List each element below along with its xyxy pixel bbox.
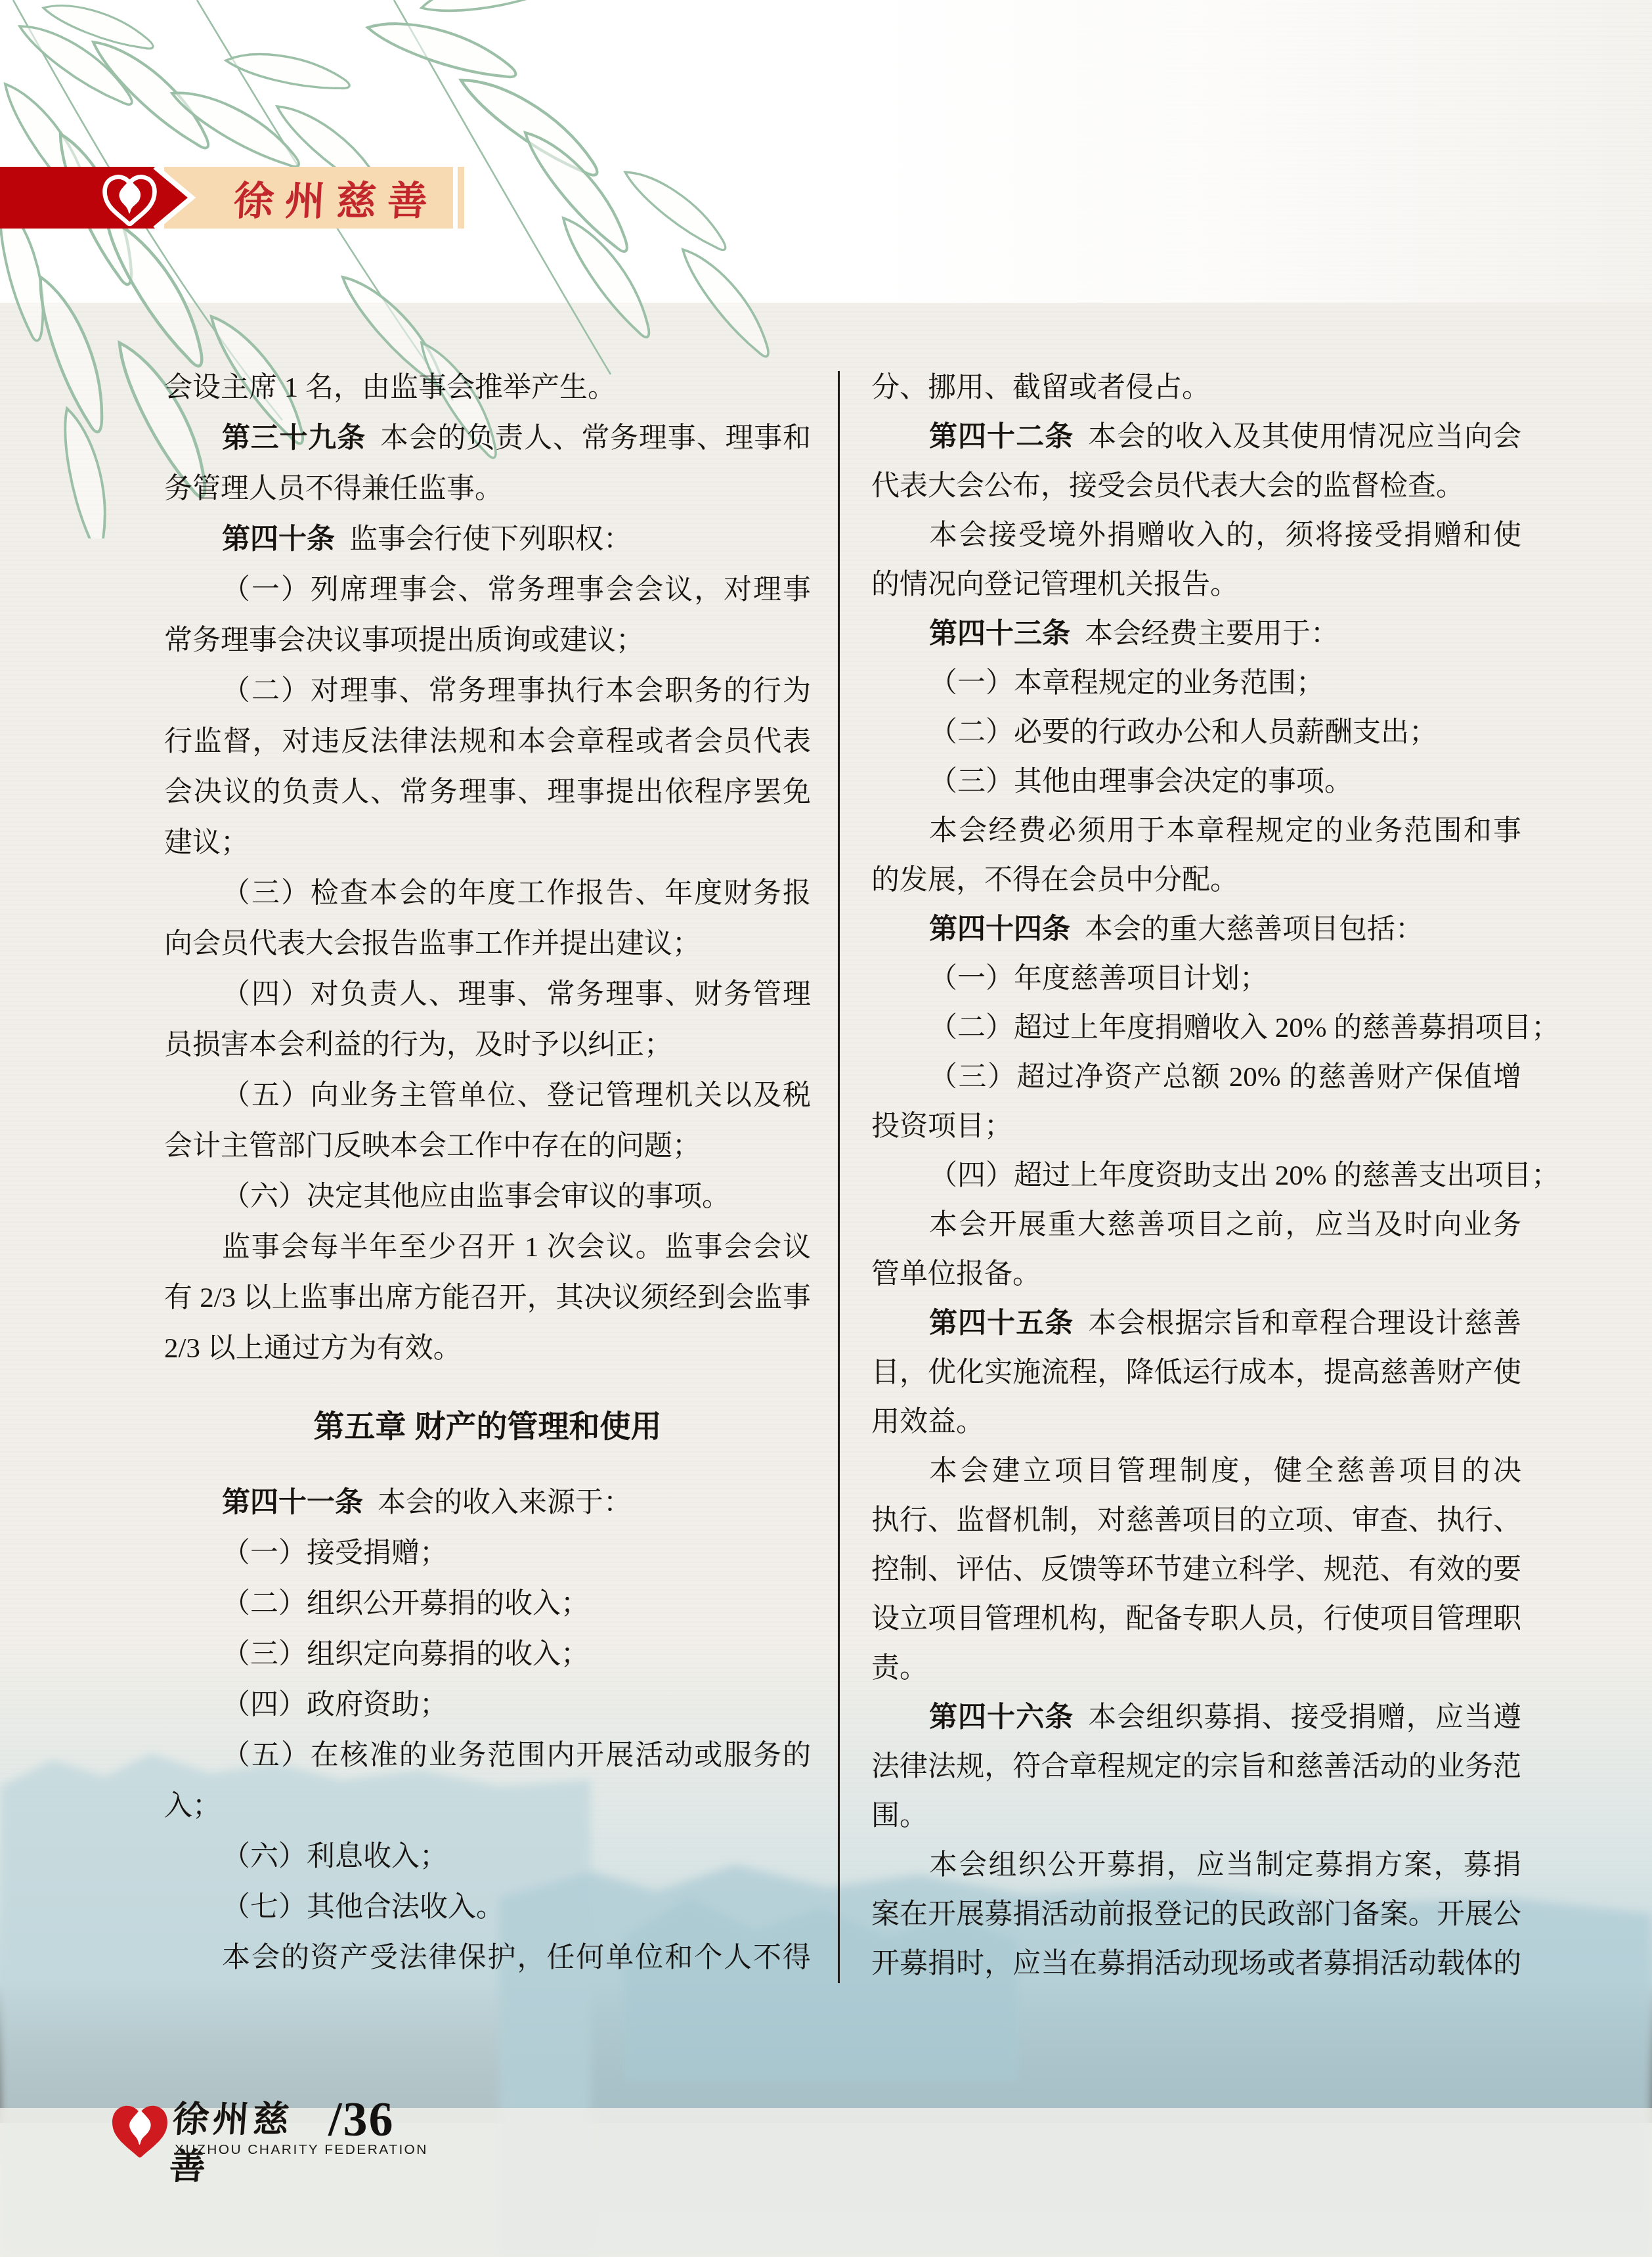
text-line: 第四十六条本会组织募捐、接受捐赠，应当遵守	[871, 1693, 1521, 1742]
text-line: 监事会每半年至少召开 1 次会议。监事会会议须	[164, 1222, 811, 1273]
text-line: 投资项目；	[871, 1102, 1521, 1151]
text-line: （五）向业务主管单位、登记管理机关以及税务、	[164, 1070, 811, 1121]
footer-brand-cn: 徐州慈善	[171, 2096, 332, 2143]
article-number-label: 第四十二条	[929, 421, 1074, 452]
text-line: 本会组织公开募捐，应当制定募捐方案，募捐方	[871, 1841, 1521, 1890]
text-line: （三）超过净资产总额 20% 的慈善财产保值增值	[871, 1053, 1521, 1102]
text-line: 责。	[871, 1644, 1521, 1693]
text-line: 的情况向登记管理机关报告。	[871, 560, 1521, 609]
text-line: （一）接受捐赠；	[164, 1528, 811, 1579]
article-number-label: 第四十三条	[929, 618, 1070, 649]
text-line: 围。	[871, 1791, 1521, 1841]
text-line: 行监督，对违反法律法规和本会章程或者会员代表大	[164, 716, 811, 767]
text-line: （一）本章程规定的业务范围；	[871, 659, 1521, 708]
text-line: 第三十九条本会的负责人、常务理事、理事和财	[164, 413, 811, 464]
banner-peach-tab	[458, 167, 464, 229]
text-line: 会计主管部门反映本会工作中存在的问题；	[164, 1121, 811, 1172]
text-line: 建议；	[164, 818, 811, 868]
text-line: 第四十三条本会经费主要用于：	[871, 609, 1521, 659]
text-line: 本会建立项目管理制度，健全慈善项目的决策、	[871, 1447, 1521, 1496]
text-line: 的发展，不得在会员中分配。	[871, 856, 1521, 905]
text-line: （二）对理事、常务理事执行本会职务的行为进	[164, 666, 811, 716]
text-line: 入；	[164, 1781, 811, 1831]
article-number-label: 第四十四条	[929, 913, 1070, 945]
text-line: （二）必要的行政办公和人员薪酬支出；	[871, 708, 1521, 757]
text-line: 案在开展募捐活动前报登记的民政部门备案。开展公	[871, 1890, 1521, 1939]
left-column: 会设主席 1 名，由监事会推举产生。第三十九条本会的负责人、常务理事、理事和财务…	[164, 362, 811, 1983]
text-line: （二）组织公开募捐的收入；	[164, 1579, 811, 1629]
text-line: 员损害本会利益的行为，及时予以纠正；	[164, 1020, 811, 1070]
text-line: （二）超过上年度捐赠收入 20% 的慈善募捐项目；	[871, 1003, 1521, 1053]
footer-heart-flame-icon	[107, 2096, 173, 2164]
text-line: （三）检查本会的年度工作报告、年度财务报告，	[164, 868, 811, 919]
text-line: 本会的资产受法律保护，任何单位和个人不得私	[164, 1933, 811, 1983]
article-number-label: 第四十六条	[929, 1701, 1074, 1733]
article-number-label: 第四十一条	[222, 1487, 363, 1518]
text-line: 第四十五条本会根据宗旨和章程合理设计慈善项	[871, 1299, 1521, 1348]
brand-banner-title: 徐州慈善	[207, 167, 455, 229]
text-line: 第四十一条本会的收入来源于：	[164, 1478, 811, 1528]
text-line: 2/3 以上通过方为有效。	[164, 1323, 811, 1374]
text-line: 法律法规，符合章程规定的宗旨和慈善活动的业务范	[871, 1742, 1521, 1791]
text-line: （七）其他合法收入。	[164, 1882, 811, 1933]
text-line: 有 2/3 以上监事出席方能召开，其决议须经到会监事	[164, 1273, 811, 1323]
right-column: 分、挪用、截留或者侵占。第四十二条本会的收入及其使用情况应当向会员代表大会公布，…	[871, 363, 1521, 1988]
text-line: 开募捐时，应当在募捐活动现场或者募捐活动载体的	[871, 1939, 1521, 1988]
text-line: 分、挪用、截留或者侵占。	[871, 363, 1521, 412]
text-line: 管单位报备。	[871, 1250, 1521, 1299]
text-line: （一）列席理事会、常务理事会会议，对理事会、	[164, 565, 811, 615]
text-line: 会设主席 1 名，由监事会推举产生。	[164, 362, 811, 413]
page: { "page": {"width": 2516, "height": 3437…	[0, 0, 1652, 2257]
page-number: /36	[328, 2092, 395, 2147]
text-line: 目，优化实施流程，降低运行成本，提高慈善财产使	[871, 1348, 1521, 1397]
text-line: 控制、评估、反馈等环节建立科学、规范、有效的要求，	[871, 1545, 1521, 1594]
text-line: 代表大会公布，接受会员代表大会的监督检查。	[871, 462, 1521, 511]
text-line: 设立项目管理机构，配备专职人员，行使项目管理职	[871, 1594, 1521, 1644]
text-line: 会决议的负责人、常务理事、理事提出依程序罢免的	[164, 767, 811, 818]
text-line: （四）超过上年度资助支出 20% 的慈善支出项目；	[871, 1151, 1521, 1200]
text-line: 向会员代表大会报告监事工作并提出建议；	[164, 919, 811, 969]
text-line: （三）其他由理事会决定的事项。	[871, 757, 1521, 806]
text-line: 本会接受境外捐赠收入的，须将接受捐赠和使用	[871, 511, 1521, 560]
text-line: 用效益。	[871, 1397, 1521, 1447]
article-number-label: 第四十条	[222, 523, 335, 555]
text-line: （六）决定其他应由监事会审议的事项。	[164, 1172, 811, 1222]
text-line: 第四十二条本会的收入及其使用情况应当向会员	[871, 412, 1521, 462]
text-line: （六）利息收入；	[164, 1831, 811, 1882]
text-line: （四）对负责人、理事、常务理事、财务管理人	[164, 969, 811, 1020]
text-line: （三）组织定向募捐的收入；	[164, 1629, 811, 1680]
text-line: 执行、监督机制，对慈善项目的立项、审查、执行、	[871, 1496, 1521, 1545]
chapter-heading: 第五章 财产的管理和使用	[164, 1401, 811, 1451]
text-line: 第四十条监事会行使下列职权：	[164, 514, 811, 565]
text-line: （五）在核准的业务范围内开展活动或服务的收	[164, 1730, 811, 1781]
text-line: （四）政府资助；	[164, 1680, 811, 1730]
text-line: 本会经费必须用于本章程规定的业务范围和事业	[871, 806, 1521, 856]
article-number-label: 第四十五条	[929, 1307, 1074, 1339]
text-line: （一）年度慈善项目计划；	[871, 954, 1521, 1003]
column-divider	[838, 371, 840, 1983]
text-line: 务管理人员不得兼任监事。	[164, 464, 811, 514]
text-line: 第四十四条本会的重大慈善项目包括：	[871, 905, 1521, 954]
text-line: 常务理事会决议事项提出质询或建议；	[164, 615, 811, 666]
text-line: 本会开展重大慈善项目之前，应当及时向业务主	[871, 1200, 1521, 1250]
article-number-label: 第三十九条	[222, 422, 366, 454]
